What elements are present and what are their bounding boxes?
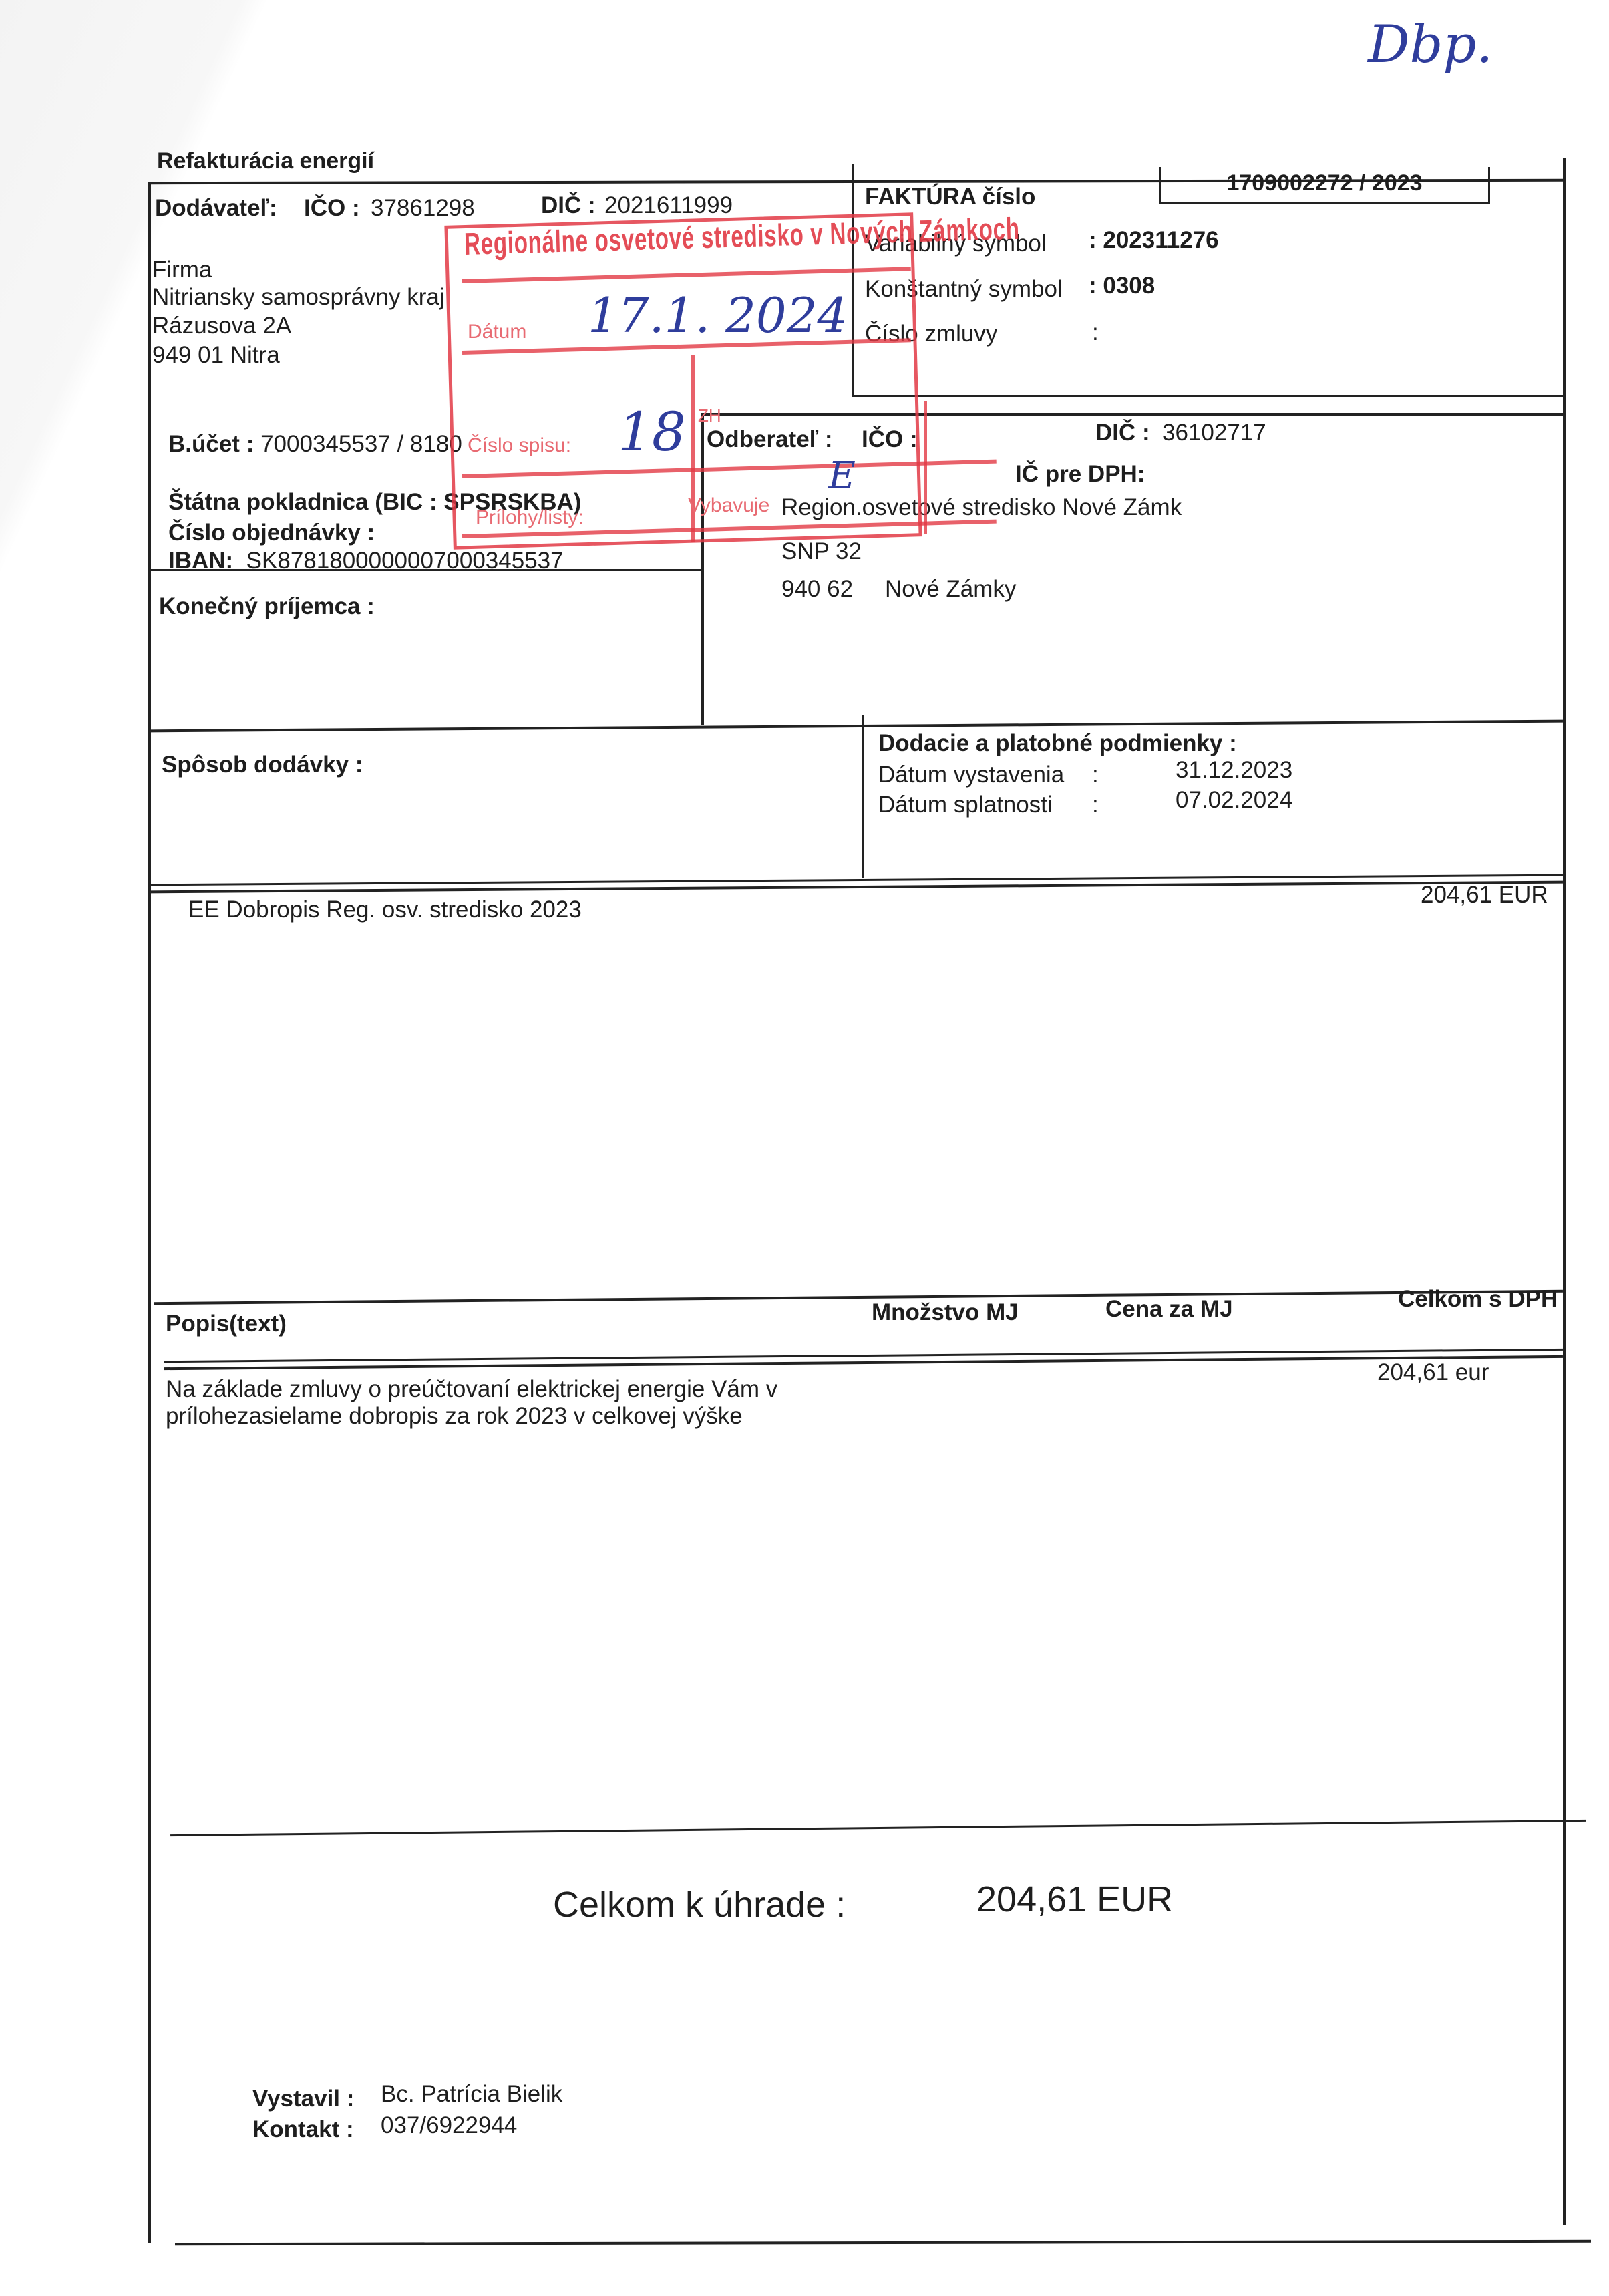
stamp-zh-label: ZH — [698, 405, 721, 426]
contact: 037/6922944 — [381, 2112, 517, 2139]
stamp-divider-right — [924, 401, 927, 534]
supplier-dic-label: DIČ : — [541, 192, 596, 219]
stamp-attachments-label: Prílohy/listy: — [476, 506, 584, 529]
due-date-colon: : — [1092, 792, 1099, 818]
customer-city: Nové Zámky — [885, 576, 1016, 603]
bank-account-label: B.účet : — [168, 431, 254, 457]
issue-date-label: Dátum vystavenia — [878, 762, 1064, 788]
variable-symbol: : 202311276 — [1089, 227, 1219, 254]
issued-by: Bc. Patrícia Bielik — [381, 2081, 562, 2108]
stamp-date-label: Dátum — [468, 321, 526, 343]
handwritten-note: Dbp. — [1368, 15, 1493, 75]
supplier-dic: 2021611999 — [604, 192, 733, 219]
supplier-firm-label: Firma — [152, 257, 212, 283]
customer-street: SNP 32 — [781, 538, 862, 565]
divider-delivery-vertical — [862, 715, 864, 878]
customer-dic: 36102717 — [1162, 420, 1266, 446]
issue-date: 31.12.2023 — [1176, 757, 1292, 784]
divider-totals-top — [170, 1820, 1586, 1836]
stamp-file-number-value: 18 — [618, 401, 686, 463]
delivery-method-label: Spôsob dodávky : — [162, 752, 363, 778]
iban: SK8781800000007000345537 — [246, 548, 564, 574]
document-title: Refakturácia energií — [157, 148, 374, 174]
supplier-name: Nitriansky samosprávny kraj — [152, 284, 445, 311]
stamp-date-value: 17.1. 2024 — [588, 287, 848, 343]
stamp-file-number-label: Číslo spisu: — [468, 434, 571, 457]
divider-invoice-bottom — [852, 395, 1563, 397]
table-header-bottom-a — [164, 1349, 1563, 1363]
invoice-number: 1709002272 / 2023 — [1159, 167, 1490, 204]
row-description-line1: Na základe zmluvy o preúčtovaní elektric… — [166, 1376, 777, 1403]
table-header-top — [154, 1290, 1563, 1305]
supplier-ico: 37861298 — [371, 195, 475, 222]
frame-left-border — [148, 182, 151, 2243]
column-header-description: Popis(text) — [166, 1311, 287, 1337]
customer-dic-label: DIČ : — [1095, 420, 1150, 446]
delivery-terms-label: Dodacie a platobné podmienky : — [878, 730, 1237, 757]
supplier-street: Rázusova 2A — [152, 313, 291, 339]
invoice-label: FAKTÚRA číslo — [865, 184, 1035, 210]
stamp-handled-by-value: E — [828, 454, 856, 498]
contact-label: Kontakt : — [252, 2116, 354, 2143]
row-description-line2: prílohezasielame dobropis za rok 2023 v … — [166, 1403, 743, 1430]
total-label: Celkom k úhrade : — [553, 1884, 846, 1925]
column-header-quantity: Množstvo MJ — [872, 1299, 1019, 1326]
due-date-label: Dátum splatnosti — [878, 792, 1053, 818]
summary-amount: 204,61 EUR — [1421, 882, 1548, 909]
supplier-ico-label: IČO : — [304, 195, 360, 222]
column-header-unit-price: Cena za MJ — [1105, 1296, 1233, 1323]
due-date: 07.02.2024 — [1176, 787, 1292, 814]
final-recipient-label: Konečný príjemca : — [159, 593, 375, 620]
bank-account: 7000345537 / 8180 — [260, 431, 462, 457]
order-number-label: Číslo objednávky : — [168, 520, 375, 546]
summary-text: EE Dobropis Reg. osv. stredisko 2023 — [188, 896, 582, 923]
customer-zip: 940 62 — [781, 576, 853, 603]
supplier-label: Dodávateľ: — [155, 195, 277, 222]
customer-vat-id-label: IČ pre DPH: — [1015, 461, 1145, 488]
supplier-city: 949 01 Nitra — [152, 342, 280, 369]
stamp-handled-by-label: Vybavuje — [688, 494, 769, 517]
stamp-frame — [444, 212, 922, 549]
iban-label: IBAN: — [168, 548, 233, 574]
issued-by-label: Vystavil : — [252, 2086, 354, 2112]
column-header-total: Celkom s DPH — [1398, 1286, 1558, 1313]
contract-number: : — [1092, 319, 1099, 346]
frame-bottom-border — [175, 2240, 1591, 2245]
constant-symbol: : 0308 — [1089, 273, 1155, 299]
divider-delivery-top — [150, 720, 1563, 733]
table-header-bottom-b — [164, 1355, 1563, 1370]
row-total: 204,61 eur — [1377, 1359, 1489, 1386]
total-amount: 204,61 EUR — [976, 1878, 1173, 1920]
issue-date-colon: : — [1092, 762, 1099, 788]
frame-right-border — [1563, 158, 1566, 2225]
